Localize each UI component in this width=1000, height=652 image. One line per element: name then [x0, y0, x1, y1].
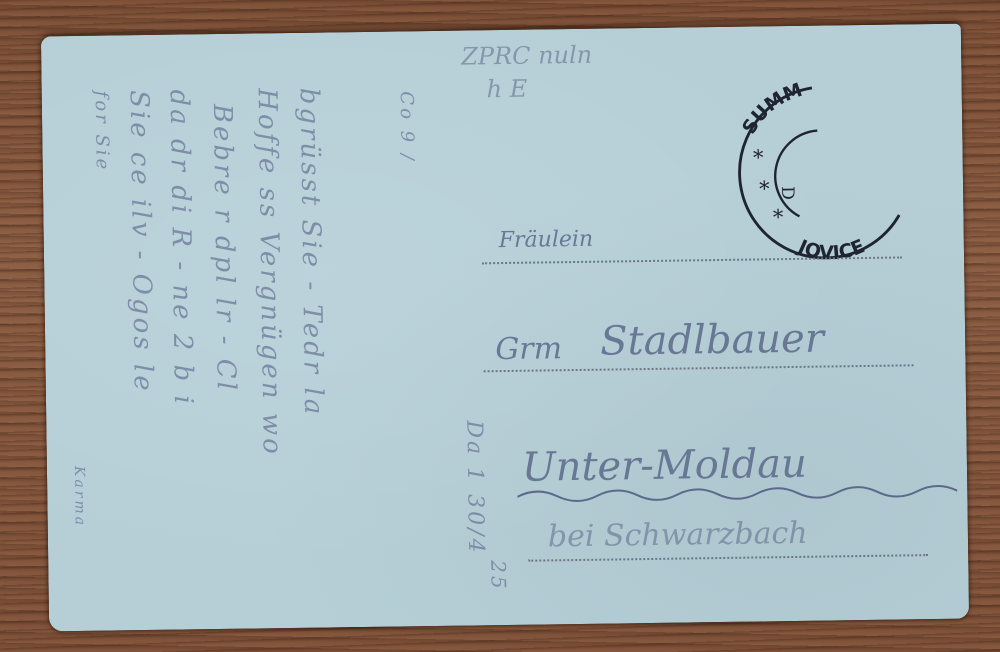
message-column-4: Bebre r dpl lr - Cl	[207, 104, 241, 393]
top-note-line-1: ZPRC nuln	[461, 41, 592, 71]
message-column-5: Hoffe ss Vergnügen wo	[252, 88, 287, 457]
message-column-3: da dr di R - ne 2 b i	[164, 89, 198, 407]
address-line-2-prefix: Grm	[495, 331, 562, 367]
signature: Karma	[71, 466, 88, 528]
svg-text:SUMM: SUMM	[737, 79, 805, 139]
postmark-inner-text: D	[777, 186, 797, 200]
address-line-2: Stadlbauer	[600, 316, 824, 365]
message-column-1: for Sie	[91, 90, 113, 172]
postmark-top-text: SUMM	[737, 79, 805, 139]
postmark-circle-icon: SUMM JOVICE * * * D	[721, 72, 914, 265]
svg-text:JOVICE: JOVICE	[793, 234, 868, 265]
top-note-line-2: h E	[486, 75, 527, 104]
address-rule-4	[528, 554, 928, 562]
date-note: Da 1 30/4	[461, 420, 488, 555]
message-column-7: Co 9 /	[396, 91, 418, 163]
postcard: for Sie Sie ce ilv - Ogos le da dr di R …	[41, 24, 969, 632]
address-line-4: bei Schwarzbach	[548, 516, 808, 555]
page-mark: 25	[486, 560, 510, 592]
postmark-star-1: *	[753, 146, 764, 170]
message-column-2: Sie ce ilv - Ogos le	[124, 90, 158, 394]
postmark-bottom-text: JOVICE	[793, 234, 868, 265]
postmark: SUMM JOVICE * * * D	[721, 72, 914, 265]
postmark-star-3: *	[773, 205, 784, 229]
address-line-1: Fräulein	[499, 227, 594, 253]
message-column-6: bgrüsst Sie - Tedr la	[294, 88, 329, 418]
postmark-star-2: *	[759, 177, 770, 201]
